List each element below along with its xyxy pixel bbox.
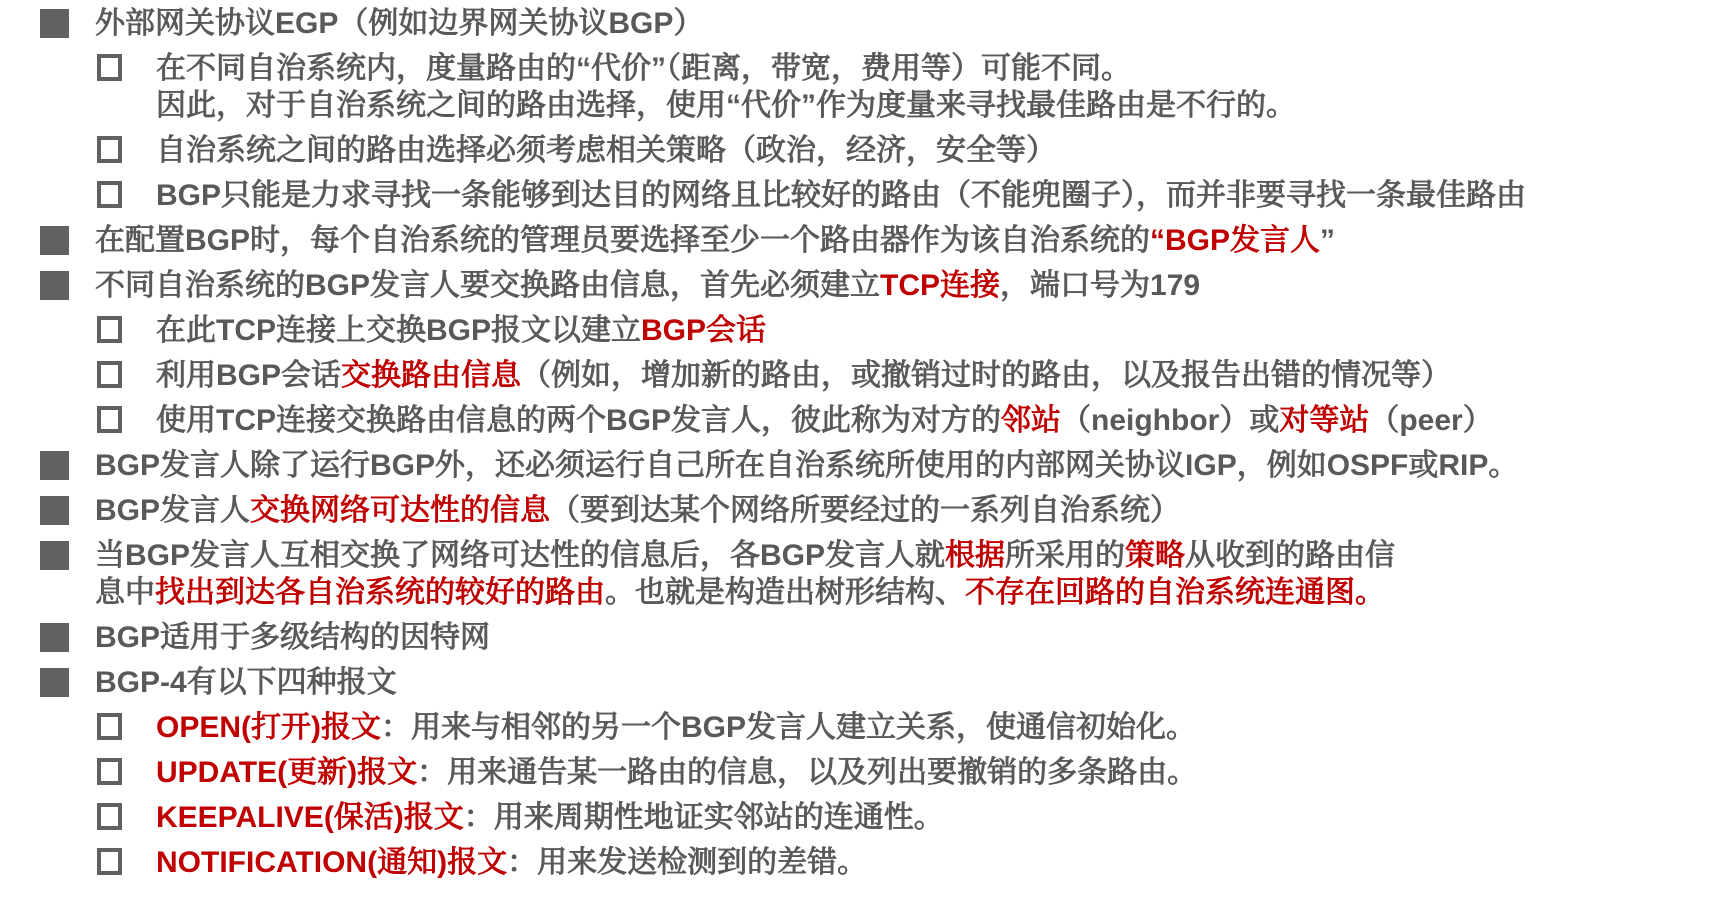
list-item: OPEN(打开)报文：用来与相邻的另一个BGP发言人建立关系，使通信初始化。: [0, 709, 1710, 746]
level2-hollow-square-bullet-icon: [97, 713, 122, 740]
body-text: 息中: [95, 576, 155, 609]
level2-hollow-square-bullet-icon: [97, 848, 122, 875]
level1-filled-square-bullet-icon: [40, 668, 69, 697]
body-text: ：用来通告某一路由的信息，以及列出要撤销的多条路由。: [417, 756, 1197, 789]
list-item: 自治系统之间的路由选择必须考虑相关策略（政治，经济，安全等）: [0, 132, 1710, 169]
highlight-text: 交换路由信息: [341, 359, 521, 392]
body-text: 使用TCP连接交换路由信息的两个BGP发言人，彼此称为对方的: [156, 404, 1001, 437]
body-text: 。也就是构造出树形结构、: [605, 576, 965, 609]
highlight-text: OPEN(打开)报文: [156, 711, 381, 744]
body-text: 在此TCP连接上交换BGP报文以建立: [156, 314, 641, 347]
list-item-text: UPDATE(更新)报文：用来通告某一路由的信息，以及列出要撤销的多条路由。: [156, 754, 1197, 791]
list-item-text: NOTIFICATION(通知)报文：用来发送检测到的差错。: [156, 844, 867, 881]
list-item-text: BGP-4有以下四种报文: [95, 664, 397, 701]
list-item-text: BGP发言人交换网络可达性的信息（要到达某个网络所要经过的一系列自治系统）: [95, 492, 1180, 529]
body-text: ：用来与相邻的另一个BGP发言人建立关系，使通信初始化。: [381, 711, 1196, 744]
list-item-text: BGP只能是力求寻找一条能够到达目的网络且比较好的路由（不能兜圈子），而并非要寻…: [156, 177, 1526, 214]
level1-filled-square-bullet-icon: [40, 271, 69, 300]
level2-hollow-square-bullet-icon: [97, 181, 122, 208]
list-item-text: 外部网关协议EGP（例如边界网关协议BGP）: [95, 5, 703, 42]
list-item: 在此TCP连接上交换BGP报文以建立BGP会话: [0, 312, 1710, 349]
highlight-text: TCP连接: [880, 269, 1000, 302]
level2-hollow-square-bullet-icon: [97, 316, 122, 343]
level2-hollow-square-bullet-icon: [97, 136, 122, 163]
body-text: ：用来发送检测到的差错。: [507, 846, 867, 879]
highlight-text: 根据: [945, 539, 1005, 572]
level1-filled-square-bullet-icon: [40, 451, 69, 480]
body-text: 所采用的: [1005, 539, 1125, 572]
list-item: 不同自治系统的BGP发言人要交换路由信息，首先必须建立TCP连接，端口号为179: [0, 267, 1710, 304]
highlight-text: 策略: [1125, 539, 1185, 572]
list-item-text: 自治系统之间的路由选择必须考虑相关策略（政治，经济，安全等）: [156, 132, 1056, 169]
body-text: 外部网关协议EGP（例如边界网关协议BGP）: [95, 7, 703, 40]
list-item-text: 在配置BGP时，每个自治系统的管理员要选择至少一个路由器作为该自治系统的“BGP…: [95, 222, 1335, 259]
body-text: 在配置BGP时，每个自治系统的管理员要选择至少一个路由器作为该自治系统的: [95, 224, 1150, 257]
body-text: ”: [1320, 224, 1335, 257]
list-item: BGP发言人交换网络可达性的信息（要到达某个网络所要经过的一系列自治系统）: [0, 492, 1710, 529]
list-item: BGP适用于多级结构的因特网: [0, 619, 1710, 656]
list-item: BGP发言人除了运行BGP外，还必须运行自己所在自治系统所使用的内部网关协议IG…: [0, 447, 1710, 484]
list-item: UPDATE(更新)报文：用来通告某一路由的信息，以及列出要撤销的多条路由。: [0, 754, 1710, 791]
level2-hollow-square-bullet-icon: [97, 54, 122, 81]
highlight-text: UPDATE(更新)报文: [156, 756, 417, 789]
body-text: BGP发言人除了运行BGP外，还必须运行自己所在自治系统所使用的内部网关协议IG…: [95, 449, 1518, 482]
list-item: BGP-4有以下四种报文: [0, 664, 1710, 701]
body-text: 当BGP发言人互相交换了网络可达性的信息后，各BGP发言人就: [95, 539, 945, 572]
list-item-text: 当BGP发言人互相交换了网络可达性的信息后，各BGP发言人就根据所采用的策略从收…: [95, 537, 1395, 611]
body-text: ，端口号为179: [1000, 269, 1200, 302]
highlight-text: NOTIFICATION(通知)报文: [156, 846, 507, 879]
body-text: BGP只能是力求寻找一条能够到达目的网络且比较好的路由（不能兜圈子），而并非要寻…: [156, 179, 1526, 212]
highlight-text: “BGP发言人: [1150, 224, 1320, 257]
list-item: 当BGP发言人互相交换了网络可达性的信息后，各BGP发言人就根据所采用的策略从收…: [0, 537, 1710, 611]
list-item-text: 在此TCP连接上交换BGP报文以建立BGP会话: [156, 312, 766, 349]
level1-filled-square-bullet-icon: [40, 541, 69, 570]
body-text: ：用来周期性地证实邻站的连通性。: [464, 801, 944, 834]
slide: 外部网关协议EGP（例如边界网关协议BGP） 在不同自治系统内，度量路由的“代价…: [0, 0, 1710, 899]
body-text: BGP适用于多级结构的因特网: [95, 621, 490, 654]
body-text: 利用BGP会话: [156, 359, 341, 392]
level1-filled-square-bullet-icon: [40, 623, 69, 652]
highlight-text: BGP会话: [641, 314, 766, 347]
body-text: 因此，对于自治系统之间的路由选择，使用“代价”作为度量来寻找最佳路由是不行的。: [156, 89, 1296, 122]
list-item: 外部网关协议EGP（例如边界网关协议BGP）: [0, 5, 1710, 42]
highlight-text: KEEPALIVE(保活)报文: [156, 801, 464, 834]
body-text: BGP发言人: [95, 494, 250, 527]
highlight-text: 邻站: [1001, 404, 1061, 437]
level1-filled-square-bullet-icon: [40, 496, 69, 525]
bullet-list: 外部网关协议EGP（例如边界网关协议BGP） 在不同自治系统内，度量路由的“代价…: [0, 5, 1710, 881]
highlight-text: 不存在回路的自治系统连通图。: [965, 576, 1385, 609]
list-item-text: OPEN(打开)报文：用来与相邻的另一个BGP发言人建立关系，使通信初始化。: [156, 709, 1196, 746]
level1-filled-square-bullet-icon: [40, 9, 69, 38]
level1-filled-square-bullet-icon: [40, 226, 69, 255]
list-item: NOTIFICATION(通知)报文：用来发送检测到的差错。: [0, 844, 1710, 881]
list-item-text: 在不同自治系统内，度量路由的“代价”（距离，带宽，费用等）可能不同。因此，对于自…: [156, 50, 1296, 124]
list-item-text: BGP适用于多级结构的因特网: [95, 619, 490, 656]
body-text: （要到达某个网络所要经过的一系列自治系统）: [550, 494, 1180, 527]
list-item: 利用BGP会话交换路由信息（例如，增加新的路由，或撤销过时的路由，以及报告出错的…: [0, 357, 1710, 394]
body-text: 不同自治系统的BGP发言人要交换路由信息，首先必须建立: [95, 269, 880, 302]
list-item: 在不同自治系统内，度量路由的“代价”（距离，带宽，费用等）可能不同。因此，对于自…: [0, 50, 1710, 124]
body-text: 从收到的路由信: [1185, 539, 1395, 572]
list-item: BGP只能是力求寻找一条能够到达目的网络且比较好的路由（不能兜圈子），而并非要寻…: [0, 177, 1710, 214]
list-item-text: BGP发言人除了运行BGP外，还必须运行自己所在自治系统所使用的内部网关协议IG…: [95, 447, 1518, 484]
body-text: BGP-4有以下四种报文: [95, 666, 397, 699]
list-item-text: 使用TCP连接交换路由信息的两个BGP发言人，彼此称为对方的邻站（neighbo…: [156, 402, 1493, 439]
body-text: （例如，增加新的路由，或撤销过时的路由，以及报告出错的情况等）: [521, 359, 1451, 392]
list-item: 在配置BGP时，每个自治系统的管理员要选择至少一个路由器作为该自治系统的“BGP…: [0, 222, 1710, 259]
highlight-text: 找出到达各自治系统的较好的路由: [155, 576, 605, 609]
body-text: （peer）: [1369, 404, 1492, 437]
level2-hollow-square-bullet-icon: [97, 361, 122, 388]
highlight-text: 交换网络可达性的信息: [250, 494, 550, 527]
level2-hollow-square-bullet-icon: [97, 803, 122, 830]
list-item-text: 利用BGP会话交换路由信息（例如，增加新的路由，或撤销过时的路由，以及报告出错的…: [156, 357, 1451, 394]
list-item-text: 不同自治系统的BGP发言人要交换路由信息，首先必须建立TCP连接，端口号为179: [95, 267, 1200, 304]
list-item: 使用TCP连接交换路由信息的两个BGP发言人，彼此称为对方的邻站（neighbo…: [0, 402, 1710, 439]
list-item: KEEPALIVE(保活)报文：用来周期性地证实邻站的连通性。: [0, 799, 1710, 836]
highlight-text: 对等站: [1279, 404, 1369, 437]
body-text: 自治系统之间的路由选择必须考虑相关策略（政治，经济，安全等）: [156, 134, 1056, 167]
level2-hollow-square-bullet-icon: [97, 758, 122, 785]
body-text: 在不同自治系统内，度量路由的“代价”（距离，带宽，费用等）可能不同。: [156, 52, 1131, 85]
list-item-text: KEEPALIVE(保活)报文：用来周期性地证实邻站的连通性。: [156, 799, 944, 836]
level2-hollow-square-bullet-icon: [97, 406, 122, 433]
body-text: （neighbor）或: [1061, 404, 1279, 437]
